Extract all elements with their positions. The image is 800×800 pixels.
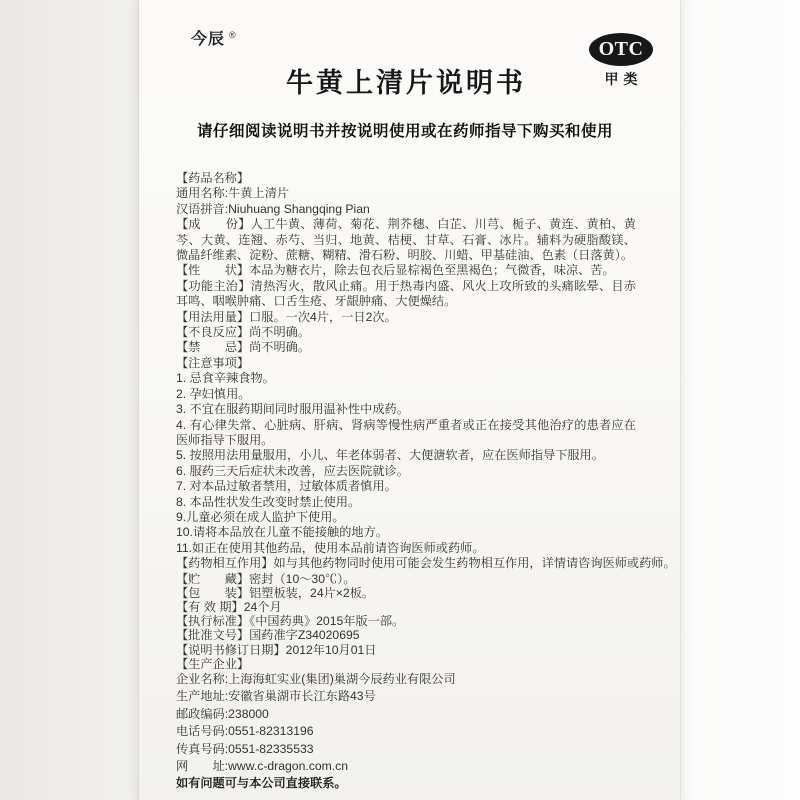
precaution-item-5: 5. 按照用法用量服用，小儿、年老体弱者、大便溏软者，应在医师指导下服用。 bbox=[176, 448, 636, 463]
precaution-item-8: 8. 本品性状发生改变时禁止使用。 bbox=[176, 495, 636, 510]
leaflet-paper: 今辰® OTC 甲类 牛黄上清片说明书 请仔细阅读说明书并按说明使用或在药师指导… bbox=[138, 0, 681, 800]
section-drug-name-header: 【药品名称】 bbox=[176, 171, 636, 186]
standard-line: 【执行标准】《中国药典》2015年版一部。 bbox=[176, 614, 636, 628]
precaution-item-3: 3. 不宜在服药期间同时服用温补性中成药。 bbox=[176, 402, 636, 417]
adverse-reactions-line: 【不良反应】尚不明确。 bbox=[176, 325, 636, 340]
registered-trademark-symbol: ® bbox=[229, 30, 237, 40]
precaution-item-1: 1. 忌食辛辣食物。 bbox=[176, 371, 636, 386]
postcode-line: 邮政编码:238000 bbox=[176, 706, 636, 723]
phone-line: 电话号码:0551-82313196 bbox=[176, 723, 636, 740]
precaution-item-9: 9.儿童必须在成人监护下使用。 bbox=[176, 510, 636, 525]
ingredients-line: 【成 份】人工牛黄、薄荷、菊花、荆芥穗、白芷、川芎、栀子、黄连、黄柏、黄芩、大黄… bbox=[176, 217, 636, 263]
drug-interactions-line: 【药物相互作用】如与其他药物同时使用可能会发生药物相互作用，详情请咨询医师或药师… bbox=[176, 556, 636, 571]
precaution-item-4: 4. 有心律失常、心脏病、肝病、肾病等慢性病严重者或正在接受其他治疗的患者应在医… bbox=[176, 418, 636, 449]
website-line: 网 址:www.c-dragon.com.cn bbox=[176, 758, 636, 775]
otc-label: OTC bbox=[599, 38, 644, 60]
precaution-item-7: 7. 对本品过敏者禁用，过敏体质者慎用。 bbox=[176, 479, 636, 494]
indications-line: 【功能主治】清热泻火，散风止痛。用于热毒内盛、风火上攻所致的头痛眩晕、目赤耳鸣、… bbox=[176, 279, 636, 310]
shelf-life-line: 【有 效 期】24个月 bbox=[176, 600, 636, 614]
contraindications-line: 【禁 忌】尚不明确。 bbox=[176, 340, 636, 355]
manufacturer-header: 【生产企业】 bbox=[176, 657, 636, 671]
address-line: 生产地址:安徽省巢湖市长江东路43号 bbox=[176, 688, 636, 705]
packaging-line: 【包 装】铝塑板装，24片×2板。 bbox=[176, 586, 636, 600]
generic-name-line: 通用名称:牛黄上清片 bbox=[176, 186, 636, 201]
fax-line: 传真号码:0551-82335533 bbox=[176, 741, 636, 758]
dosage-line: 【用法用量】口服。一次4片，一日2次。 bbox=[176, 310, 636, 325]
brand-logo: 今辰® bbox=[191, 26, 237, 49]
company-name-line: 企业名称:上海海虹实业(集团)巢湖今辰药业有限公司 bbox=[176, 671, 636, 688]
description-line: 【性 状】本品为糖衣片，除去包衣后显棕褐色至黑褐色；气微香，味凉、苦。 bbox=[176, 263, 636, 278]
approval-number-line: 【批准文号】国药准字Z34020695 bbox=[176, 628, 636, 642]
precautions-header: 【注意事项】 bbox=[176, 356, 636, 371]
leaflet-title: 牛黄上清片说明书 bbox=[176, 61, 636, 100]
photo-backdrop: 今辰® OTC 甲类 牛黄上清片说明书 请仔细阅读说明书并按说明使用或在药师指导… bbox=[0, 0, 800, 800]
contact-us-line: 如有问题可与本公司直接联系。 bbox=[176, 775, 636, 792]
revision-date-line: 【说明书修订日期】2012年10月01日 bbox=[176, 643, 636, 657]
pinyin-line: 汉语拼音:Niuhuang Shangqing Pian bbox=[176, 202, 636, 217]
precaution-item-6: 6. 服药三天后症状未改善，应去医院就诊。 bbox=[176, 464, 636, 479]
storage-line: 【贮 藏】密封（10～30℃）。 bbox=[176, 572, 636, 586]
precaution-item-2: 2. 孕妇慎用。 bbox=[176, 387, 636, 402]
leaflet-body: 【药品名称】 通用名称:牛黄上清片 汉语拼音:Niuhuang Shangqin… bbox=[176, 171, 636, 793]
brand-name: 今辰 bbox=[191, 31, 225, 48]
precaution-item-10: 10.请将本品放在儿童不能接触的地方。 bbox=[176, 525, 636, 540]
precaution-item-11: 11.如正在使用其他药品，使用本品前请咨询医师或药师。 bbox=[176, 541, 636, 556]
usage-notice: 请仔细阅读说明书并按说明使用或在药师指导下购买和使用 bbox=[149, 119, 661, 141]
